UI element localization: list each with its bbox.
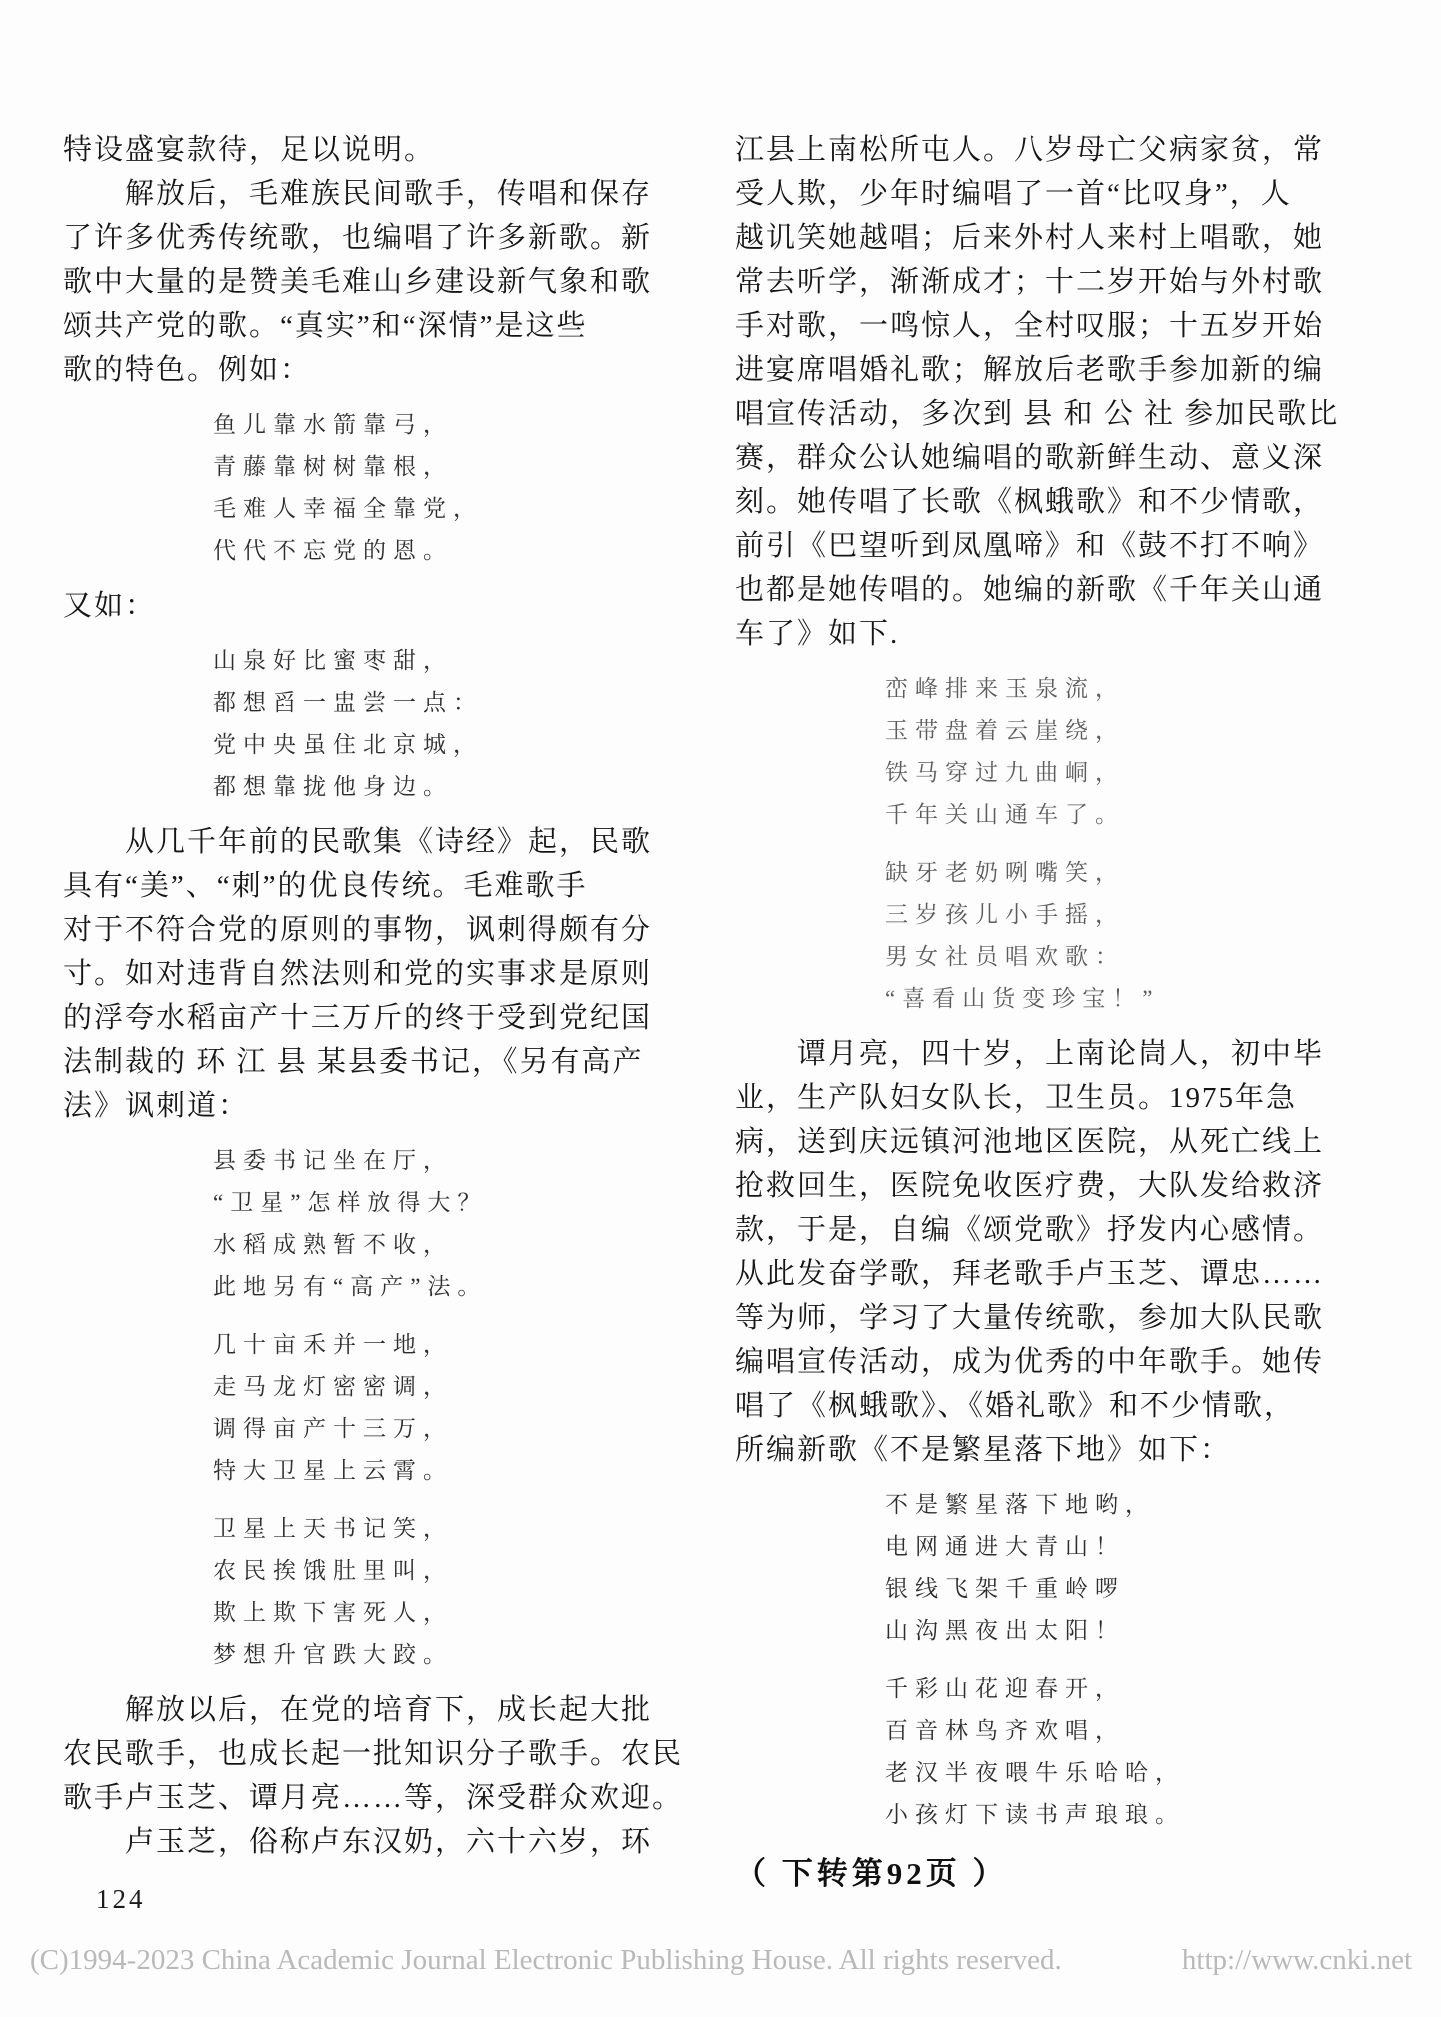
- poem-fish-relies-on-water: 鱼儿靠水箭靠弓，青藤靠树树靠根，毛难人幸福全靠党，代代不忘党的恩。: [213, 404, 713, 572]
- text-line: 从此发奋学歌，拜老歌手卢玉芝、谭忠……: [735, 1252, 1403, 1296]
- text-line: 江县上南松所屯人。八岁母亡父病家贫，常: [735, 128, 1403, 172]
- poem-line: 走马龙灯密密调，: [213, 1366, 713, 1408]
- text-line: 赛，群众公认她编唱的歌新鲜生动、意义深: [735, 436, 1403, 480]
- text-line: 所编新歌《不是繁星落下地》如下：: [735, 1428, 1403, 1472]
- poem-line: 卫星上天书记笑，: [213, 1508, 713, 1550]
- poem-line: “喜看山货变珍宝！”: [885, 978, 1403, 1020]
- poem-line: 毛难人幸福全靠党，: [213, 488, 713, 530]
- text-line: 卢玉芝，俗称卢东汉奶，六十六岁，环: [63, 1820, 713, 1864]
- text-line: 法制裁的 环 江 县 某县委书记，《另有高产: [63, 1040, 713, 1084]
- example-label: 又如：: [63, 584, 713, 628]
- text-line: 唱宣传活动，多次到 县 和 公 社 参加民歌比: [735, 392, 1403, 436]
- text-line: 业，生产队妇女队长，卫生员。1975年急: [735, 1076, 1403, 1120]
- text-line: 寸。如对违背自然法则和党的实事求是原则: [63, 952, 713, 996]
- poem-line: 铁马穿过九曲峒，: [885, 752, 1403, 794]
- copyright-footer: (C)1994-2023 China Academic Journal Elec…: [30, 1944, 1420, 1977]
- copyright-text: (C)1994-2023 China Academic Journal Elec…: [30, 1944, 1062, 1977]
- poem-line: 千彩山花迎春开，: [885, 1668, 1403, 1710]
- poem-another-high-yield-method: 县委书记坐在厅，“卫星”怎样放得大？水稻成熟暂不收，此地另有“高产”法。 几十亩…: [213, 1140, 713, 1676]
- paragraph-satire-tradition: 从几千年前的民歌集《诗经》起，民歌具有“美”、“刺”的优良传统。毛难歌手对于不符…: [63, 820, 713, 1128]
- text-line: 编唱宣传活动，成为优秀的中年歌手。她传: [735, 1340, 1403, 1384]
- paragraph-intro: 特设盛宴款待，足以说明。 解放后，毛难族民间歌手，传唱和保存了许多优秀传统歌，也…: [63, 128, 713, 392]
- text-line: 车了》如下.: [735, 612, 1403, 656]
- poem-thousand-year-pass-open: 峦峰排来玉泉流，玉带盘着云崖绕，铁马穿过九曲峒，千年关山通车了。 缺牙老奶咧嘴笑…: [885, 668, 1403, 1020]
- poem-line: 此地另有“高产”法。: [213, 1266, 713, 1308]
- text-line: 的浮夸水稻亩产十三万斤的终于受到党纪国: [63, 996, 713, 1040]
- poem-line: 欺上欺下害死人，: [213, 1592, 713, 1634]
- text-line: 款，于是，自编《颂党歌》抒发内心感情。: [735, 1208, 1403, 1252]
- continued-on-page-note: （ 下转第92页 ）: [735, 1848, 1403, 1893]
- poem-line: 男女社员唱欢歌：: [885, 936, 1403, 978]
- poem-line: 县委书记坐在厅，: [213, 1140, 713, 1182]
- poem-line: 都想舀一盅尝一点：: [213, 682, 713, 724]
- text-line: 等为师，学习了大量传统歌，参加大队民歌: [735, 1296, 1403, 1340]
- text-line: 刻。她传唱了长歌《枫蛾歌》和不少情歌，: [735, 480, 1403, 524]
- poem-stanza: 峦峰排来玉泉流，玉带盘着云崖绕，铁马穿过九曲峒，千年关山通车了。: [885, 668, 1403, 836]
- text-line: 农民歌手，也成长起一批知识分子歌手。农民: [63, 1732, 713, 1776]
- poem-line: 缺牙老奶咧嘴笑，: [885, 852, 1403, 894]
- poem-line: 山沟黑夜出太阳！: [885, 1610, 1403, 1652]
- poem-line: 玉带盘着云崖绕，: [885, 710, 1403, 752]
- text-line: 对于不符合党的原则的事物，讽刺得颇有分: [63, 908, 713, 952]
- text-line: 手对歌，一鸣惊人，全村叹服；十五岁开始: [735, 304, 1403, 348]
- poem-line: 百音林鸟齐欢唱，: [885, 1710, 1403, 1752]
- text-line: 病，送到庆远镇河池地区医院，从死亡线上: [735, 1120, 1403, 1164]
- poem-line: 几十亩禾并一地，: [213, 1324, 713, 1366]
- text-line: 解放后，毛难族民间歌手，传唱和保存: [63, 172, 713, 216]
- poem-not-stars-falling: 不是繁星落下地哟，电网通进大青山！银线飞架千重岭啰山沟黑夜出太阳！ 千彩山花迎春…: [885, 1484, 1403, 1836]
- text-line: 歌手卢玉芝、谭月亮……等，深受群众欢迎。: [63, 1776, 713, 1820]
- text-line: 受人欺，少年时编唱了一首“比叹身”，人: [735, 172, 1403, 216]
- poem-line: “卫星”怎样放得大？: [213, 1182, 713, 1224]
- poem-line: 千年关山通车了。: [885, 794, 1403, 836]
- poem-line: 银线飞架千重岭啰: [885, 1568, 1403, 1610]
- poem-line: 老汉半夜喂牛乐哈哈，: [885, 1752, 1403, 1794]
- text-line: 谭月亮，四十岁，上南论峝人，初中毕: [735, 1032, 1403, 1076]
- text-line: 前引《巴望听到凤凰啼》和《鼓不打不响》: [735, 524, 1403, 568]
- left-column: 特设盛宴款待，足以说明。 解放后，毛难族民间歌手，传唱和保存了许多优秀传统歌，也…: [63, 128, 713, 1864]
- text-line: 越讥笑她越唱；后来外村人来村上唱歌，她: [735, 216, 1403, 260]
- poem-line: 鱼儿靠水箭靠弓，: [213, 404, 713, 446]
- poem-stanza: 缺牙老奶咧嘴笑，三岁孩儿小手摇，男女社员唱欢歌：“喜看山货变珍宝！”: [885, 852, 1403, 1020]
- poem-line: 电网通进大青山！: [885, 1526, 1403, 1568]
- text-line: 歌的特色。例如：: [63, 348, 713, 392]
- text-line: 常去听学，渐渐成才；十二岁开始与外村歌: [735, 260, 1403, 304]
- poem-line: 都想靠拢他身边。: [213, 766, 713, 808]
- poem-line: 青藤靠树树靠根，: [213, 446, 713, 488]
- poem-stanza: 不是繁星落下地哟，电网通进大青山！银线飞架千重岭啰山沟黑夜出太阳！: [885, 1484, 1403, 1652]
- poem-line: 三岁孩儿小手摇，: [885, 894, 1403, 936]
- poem-line: 山泉好比蜜枣甜，: [213, 640, 713, 682]
- poem-line: 小孩灯下读书声琅琅。: [885, 1794, 1403, 1836]
- poem-line: 特大卫星上云霄。: [213, 1450, 713, 1492]
- page-number: 124: [96, 1884, 146, 1915]
- paragraph-lu-yuzhi-bio: 江县上南松所屯人。八岁母亡父病家贫，常受人欺，少年时编唱了一首“比叹身”，人越讥…: [735, 128, 1403, 656]
- poem-line: 峦峰排来玉泉流，: [885, 668, 1403, 710]
- text-line: 解放以后，在党的培育下，成长起大批: [63, 1688, 713, 1732]
- poem-stanza: 千彩山花迎春开，百音林鸟齐欢唱，老汉半夜喂牛乐哈哈，小孩灯下读书声琅琅。: [885, 1668, 1403, 1836]
- paragraph-tan-yueliang-bio: 谭月亮，四十岁，上南论峝人，初中毕业，生产队妇女队长，卫生员。1975年急病，送…: [735, 1032, 1403, 1472]
- poem-line: 水稻成熟暂不收，: [213, 1224, 713, 1266]
- text-line: 歌中大量的是赞美毛难山乡建设新气象和歌: [63, 260, 713, 304]
- paragraph-after-liberation: 解放以后，在党的培育下，成长起大批农民歌手，也成长起一批知识分子歌手。农民歌手卢…: [63, 1688, 713, 1864]
- text-line: 特设盛宴款待，足以说明。: [63, 128, 713, 172]
- poem-line: 梦想升官跌大跤。: [213, 1634, 713, 1676]
- scanned-journal-page: 特设盛宴款待，足以说明。 解放后，毛难族民间歌手，传唱和保存了许多优秀传统歌，也…: [0, 0, 1441, 2017]
- text-line: 具有“美”、“刺”的优良传统。毛难歌手: [63, 864, 713, 908]
- poem-stanza: 鱼儿靠水箭靠弓，青藤靠树树靠根，毛难人幸福全靠党，代代不忘党的恩。: [213, 404, 713, 572]
- cnki-url: http://www.cnki.net: [1182, 1944, 1412, 1977]
- text-line: 颂共产党的歌。“真实”和“深情”是这些: [63, 304, 713, 348]
- poem-line: 不是繁星落下地哟，: [885, 1484, 1403, 1526]
- text-line: 唱了《枫蛾歌》、《婚礼歌》和不少情歌，: [735, 1384, 1403, 1428]
- poem-line: 农民挨饿肚里叫，: [213, 1550, 713, 1592]
- poem-mountain-spring: 山泉好比蜜枣甜，都想舀一盅尝一点：党中央虽住北京城，都想靠拢他身边。: [213, 640, 713, 808]
- text-line: 进宴席唱婚礼歌；解放后老歌手参加新的编: [735, 348, 1403, 392]
- poem-line: 调得亩产十三万，: [213, 1408, 713, 1450]
- text-line: 从几千年前的民歌集《诗经》起，民歌: [63, 820, 713, 864]
- text-line: 抢救回生，医院免收医疗费，大队发给救济: [735, 1164, 1403, 1208]
- text-line: 了许多优秀传统歌，也编唱了许多新歌。新: [63, 216, 713, 260]
- poem-line: 党中央虽住北京城，: [213, 724, 713, 766]
- text-line: 法》讽刺道：: [63, 1084, 713, 1128]
- right-column: 江县上南松所屯人。八岁母亡父病家贫，常受人欺，少年时编唱了一首“比叹身”，人越讥…: [735, 128, 1403, 1893]
- poem-stanza: 县委书记坐在厅，“卫星”怎样放得大？水稻成熟暂不收，此地另有“高产”法。: [213, 1140, 713, 1308]
- poem-line: 代代不忘党的恩。: [213, 530, 713, 572]
- text-line: 也都是她传唱的。她编的新歌《千年关山通: [735, 568, 1403, 612]
- poem-stanza: 几十亩禾并一地，走马龙灯密密调，调得亩产十三万，特大卫星上云霄。: [213, 1324, 713, 1492]
- poem-stanza: 山泉好比蜜枣甜，都想舀一盅尝一点：党中央虽住北京城，都想靠拢他身边。: [213, 640, 713, 808]
- poem-stanza: 卫星上天书记笑，农民挨饿肚里叫，欺上欺下害死人，梦想升官跌大跤。: [213, 1508, 713, 1676]
